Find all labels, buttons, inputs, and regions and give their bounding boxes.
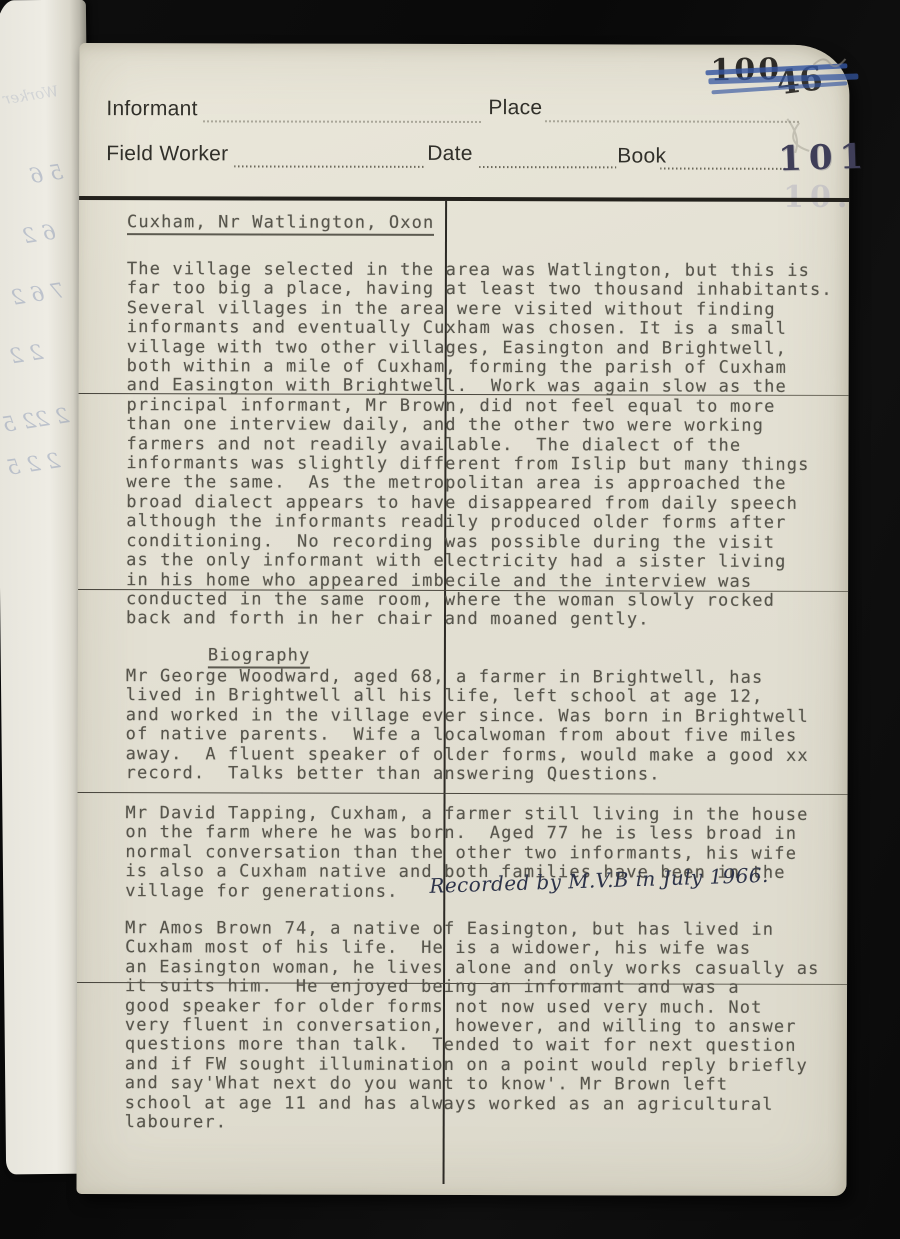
bleed-through-mark: 6 2	[21, 220, 58, 249]
biography-brown-paragraph: Mr Amos Brown 74, a native of Easington,…	[125, 919, 820, 1134]
informant-label: Informant	[106, 97, 197, 121]
place-field-line	[545, 120, 801, 123]
book-field-line	[660, 168, 790, 170]
book-label: Book	[617, 144, 666, 168]
date-field-line	[479, 166, 616, 168]
date-label: Date	[427, 142, 473, 166]
horizontal-rule-3	[78, 792, 848, 795]
informant-field-line	[203, 120, 483, 123]
page-number-stamp: 101	[778, 136, 871, 179]
page-title: Cuxham, Nr Watlington, Oxon	[127, 213, 434, 236]
bleed-through-mark: 2 22 5	[1, 403, 71, 437]
main-text-paragraph: The village selected in the area was Wat…	[126, 260, 833, 631]
bleed-through-mark: 7 6 2	[9, 278, 65, 310]
bleed-through-mark: Worker	[2, 82, 60, 108]
field-worker-label: Field Worker	[106, 142, 228, 166]
place-label: Place	[488, 96, 542, 120]
biography-woodward-paragraph: Mr George Woodward, aged 68, a farmer in…	[126, 667, 809, 785]
field-worker-field-line	[234, 165, 424, 167]
bleed-through-mark: 2 2	[8, 340, 45, 369]
header-divider-line	[79, 196, 849, 202]
notebook-page: Informant Place Field Worker Date Book 1…	[76, 43, 849, 1196]
bleed-through-mark: 2 2 5	[5, 448, 61, 480]
bleed-through-mark: 5 6	[28, 160, 65, 189]
scanned-document-photo: Worker 5 6 6 2 7 6 2 2 2 2 22 5 2 2 5 In…	[0, 0, 900, 1239]
